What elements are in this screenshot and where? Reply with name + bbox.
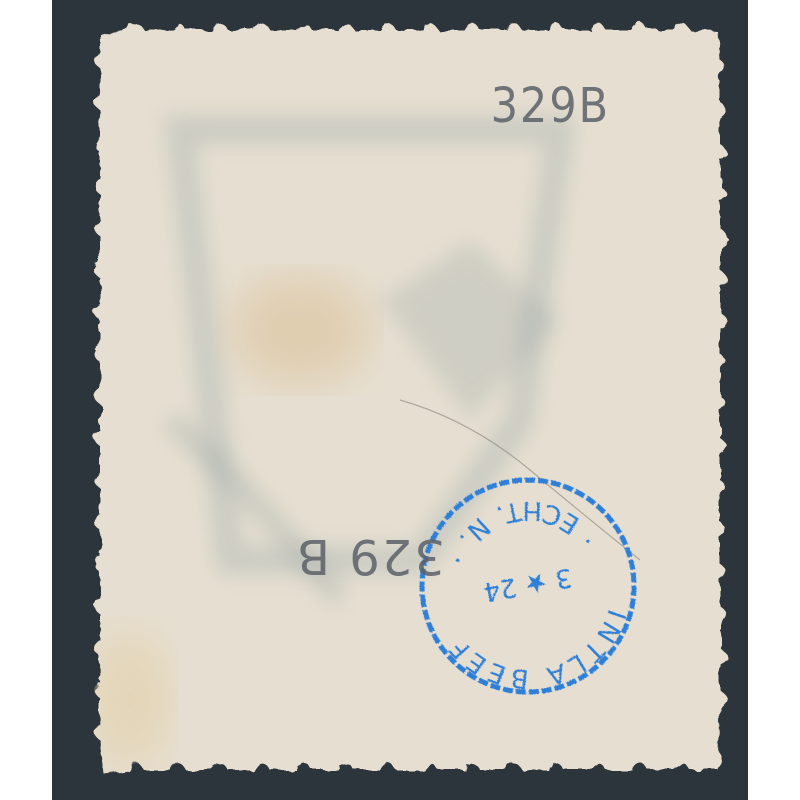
pencil-annotation-top: 329B bbox=[491, 78, 610, 134]
pencil-annotation-inverted: 329 B bbox=[295, 528, 445, 584]
stamp-paper: INTLA BEEF · ECHT. N. · 3 ★ 24 bbox=[0, 0, 800, 800]
stamp-back: INTLA BEEF · ECHT. N. · 3 ★ 24 329B 329 … bbox=[0, 0, 800, 800]
